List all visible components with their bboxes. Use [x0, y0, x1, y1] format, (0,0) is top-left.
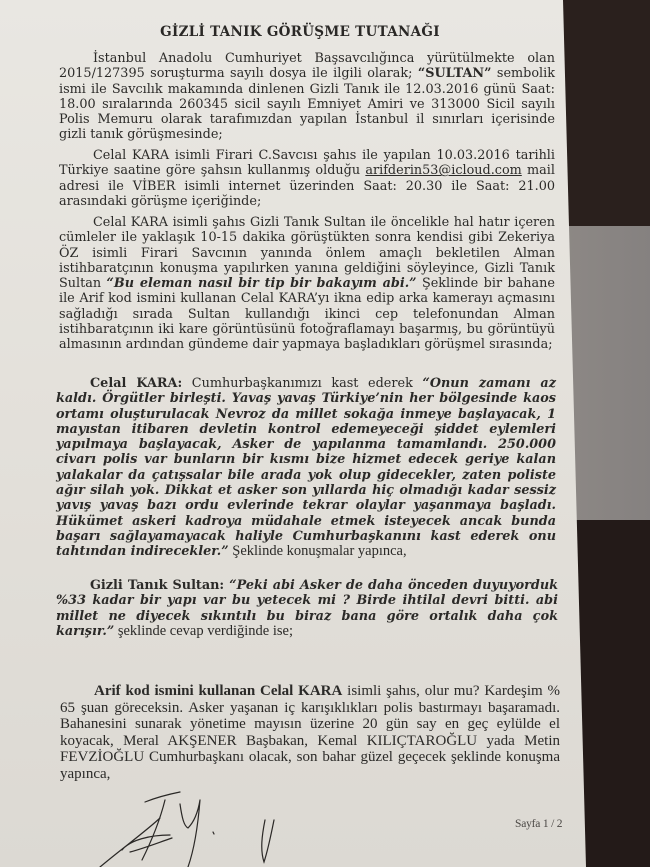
document-title: GİZLİ TANIK GÖRÜŞME TUTANAĞI	[0, 24, 600, 40]
paragraph-call-details: Celal KARA isimli Firari C.Savcısı şahıs…	[59, 148, 555, 209]
paragraph-text: şeklinde cevap verdiğinde ise;	[114, 623, 293, 639]
document-page: GİZLİ TANIK GÖRÜŞME TUTANAĞI İstanbul An…	[0, 0, 620, 867]
inline-quote: “Bu eleman nasıl bir tip bir bakayım abi…	[107, 276, 417, 291]
paragraph-text: Cumhurbaşkanımızı kast ederek	[182, 376, 422, 391]
paragraph-arif-response: Arif kod ismini kullanan Celal KARA isim…	[60, 683, 560, 783]
page-number: Sayfa 1 / 2	[515, 818, 562, 830]
paragraph-text: Şeklinde konuşmalar yapınca,	[229, 543, 407, 559]
speaker-label: Arif kod ismini kullanan Celal KARA	[94, 683, 342, 699]
code-name: “SULTAN”	[418, 66, 492, 81]
paragraph-intro: İstanbul Anadolu Cumhuriyet Başsavcılığı…	[59, 51, 555, 143]
email-address: arifderin53@icloud.com	[365, 163, 521, 178]
statement-quote: “Onun zamanı az kaldı. Örgütler birleşti…	[56, 376, 556, 559]
paragraph-celal-kara-statement: Celal KARA: Cumhurbaşkanımızı kast edere…	[56, 376, 556, 560]
speaker-label: Gizli Tanık Sultan:	[90, 578, 224, 593]
paragraph-photo-event: Celal KARA isimli şahıs Gizli Tanık Sult…	[59, 215, 555, 353]
paragraph-sultan-reply: Gizli Tanık Sultan: “Peki abi Asker de d…	[56, 578, 558, 639]
signature-icon	[60, 790, 280, 867]
speaker-label: Celal KARA:	[90, 376, 182, 391]
